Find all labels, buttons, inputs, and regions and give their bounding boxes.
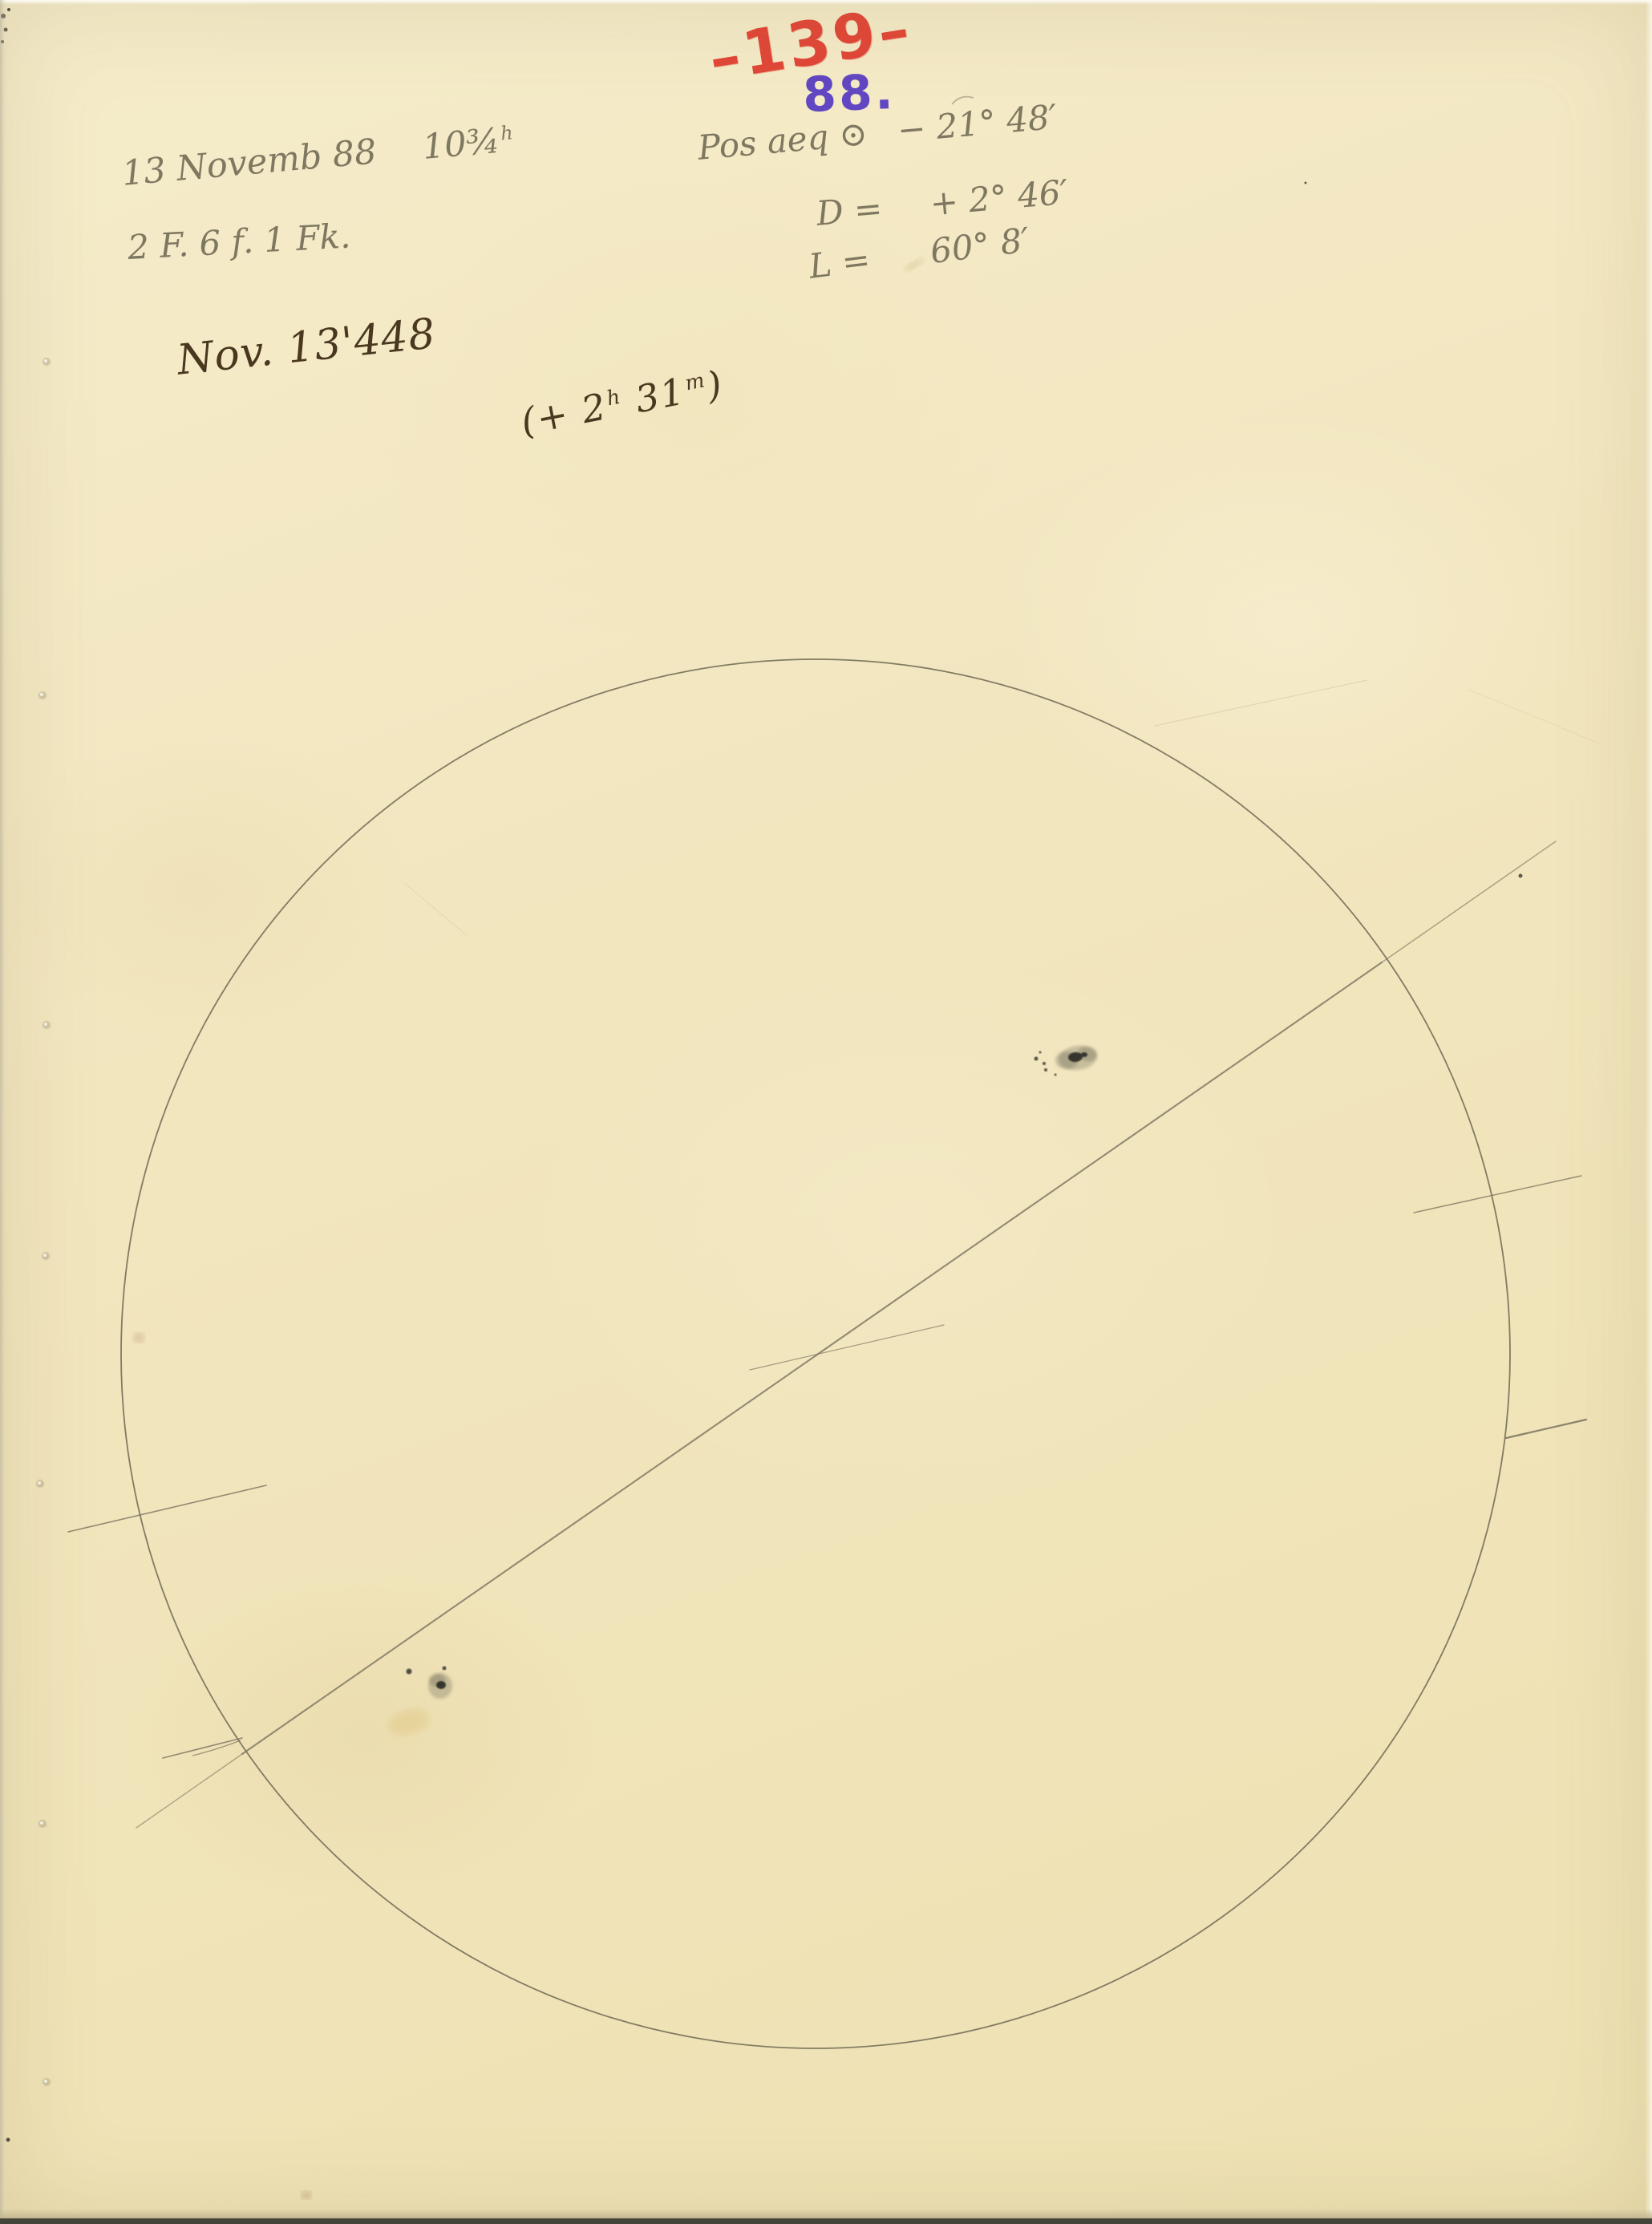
paper-stain bbox=[133, 1333, 144, 1343]
page-edge-bottom-shadow bbox=[0, 2218, 1652, 2224]
axis-segment bbox=[1382, 841, 1556, 962]
tick-mark bbox=[1506, 1420, 1586, 1438]
margin-dimple bbox=[38, 691, 47, 699]
sunspot-speck bbox=[407, 1669, 412, 1675]
sunspot-speck bbox=[1055, 1074, 1057, 1076]
margin-dimple bbox=[43, 358, 51, 366]
axis-segment bbox=[136, 1754, 242, 1828]
position-label-l: L = bbox=[807, 240, 873, 286]
paper-crease bbox=[404, 883, 468, 937]
sunspot-umbra bbox=[1081, 1052, 1087, 1057]
orientation-axis bbox=[136, 841, 1556, 1828]
page-edge-right bbox=[1645, 0, 1652, 2224]
tick-mark bbox=[163, 1738, 242, 1758]
axis-segment bbox=[242, 962, 1382, 1754]
observation-sheet: –139– 88. 13 Novemb 8810¾h 2 F. 6 f. 1 F… bbox=[0, 0, 1652, 2224]
pencil-squiggle bbox=[952, 97, 974, 104]
position-label-d: D = bbox=[815, 188, 884, 233]
solar-disk-outline bbox=[121, 659, 1510, 2048]
page-edge-left bbox=[0, 0, 8, 2224]
sunspot-b bbox=[407, 1667, 453, 1699]
reference-ticks bbox=[68, 1176, 1586, 1758]
tick-mark bbox=[68, 1485, 266, 1532]
observation-time: 10¾ bbox=[421, 121, 501, 168]
paper-crease bbox=[1469, 690, 1601, 744]
margin-dimple bbox=[36, 1480, 44, 1488]
observation-time-unit: h bbox=[500, 121, 514, 144]
sunspot-speck bbox=[443, 1667, 447, 1671]
margin-dimple bbox=[43, 1021, 51, 1029]
tick-hook bbox=[192, 1740, 241, 1756]
sunspot-umbra bbox=[436, 1681, 446, 1689]
sunspot-speck bbox=[1039, 1051, 1042, 1054]
margin-dimple bbox=[38, 1820, 47, 1828]
page-edge-bottom bbox=[0, 2209, 1652, 2218]
sunspot-speck bbox=[1044, 1068, 1047, 1071]
margin-dimple bbox=[43, 2078, 51, 2086]
paper-crease bbox=[1155, 680, 1367, 726]
tick-mark bbox=[750, 1325, 944, 1370]
paper-stain bbox=[386, 1705, 432, 1739]
sunspot-speck bbox=[1035, 1057, 1039, 1061]
sunspot-speck bbox=[1043, 1062, 1046, 1065]
stray-dot bbox=[1519, 874, 1523, 878]
page-edge-top bbox=[0, 0, 1652, 5]
sunspot-group-a bbox=[1035, 1043, 1099, 1076]
tick-mark bbox=[1414, 1176, 1581, 1213]
paper-stain bbox=[302, 2191, 311, 2199]
margin-dimple bbox=[42, 1252, 50, 1260]
stray-dot bbox=[1305, 182, 1307, 184]
